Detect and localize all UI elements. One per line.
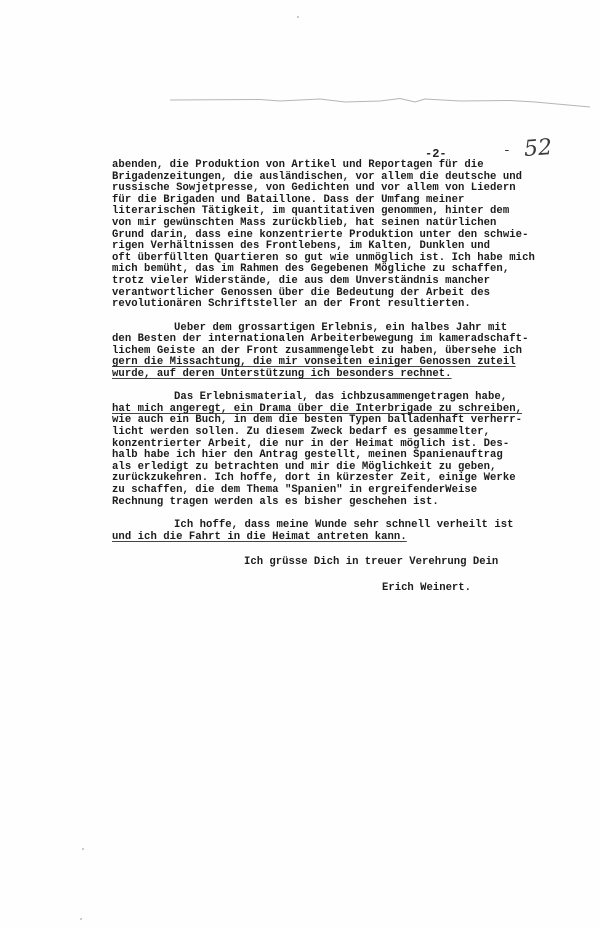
text-line: trotz vieler Widerstände, die aus dem Un… — [112, 276, 592, 288]
paragraph-gap — [112, 311, 592, 323]
paper-speck — [297, 16, 299, 18]
handwritten-archive-number: 52 — [523, 135, 553, 162]
text-line: Ich hoffe, dass meine Wunde sehr schnell… — [112, 520, 592, 532]
paragraph-4: Ich hoffe, dass meine Wunde sehr schnell… — [112, 520, 592, 543]
signature: Erich Weinert. — [382, 583, 471, 595]
text-line: revolutionären Schriftsteller an der Fro… — [112, 299, 592, 311]
text-line: abenden, die Produktion von Artikel und … — [112, 160, 592, 172]
text-line: zu schaffen, die dem Thema "Spanien" in … — [112, 485, 592, 497]
paragraph-3: Das Erlebnismaterial, das ichbzusammenge… — [112, 392, 592, 508]
text-line-underlined: und ich die Fahrt in die Heimat antreten… — [112, 532, 592, 544]
paper-speck — [82, 848, 84, 850]
paper-speck — [80, 918, 82, 920]
text-line: den Besten der internationalen Arbeiterb… — [112, 334, 592, 346]
text-line: rigen Verhältnissen des Frontlebens, im … — [112, 241, 592, 253]
letter-body: abenden, die Produktion von Artikel und … — [112, 160, 592, 603]
paper-fold-line — [170, 96, 590, 108]
text-line: Rechnung tragen werden als es bisher ges… — [112, 497, 592, 509]
handwritten-dash: - — [503, 143, 511, 158]
paragraph-1: abenden, die Produktion von Artikel und … — [112, 160, 592, 311]
text-line: von mir gewünschten Mass zurückblieb, ha… — [112, 218, 592, 230]
text-line-underlined: wurde, auf deren Unterstützung ich beson… — [112, 369, 592, 381]
closing-block: Ich grüsse Dich in treuer Verehrung Dein… — [112, 543, 592, 603]
closing-salutation: Ich grüsse Dich in treuer Verehrung Dein — [244, 557, 498, 569]
document-page: -2- - 52 abenden, die Produktion von Art… — [0, 0, 600, 929]
text-line: licht werden sollen. Zu diesem Zweck bed… — [112, 427, 592, 439]
paragraph-2: Ueber dem grossartigen Erlebnis, ein hal… — [112, 323, 592, 381]
